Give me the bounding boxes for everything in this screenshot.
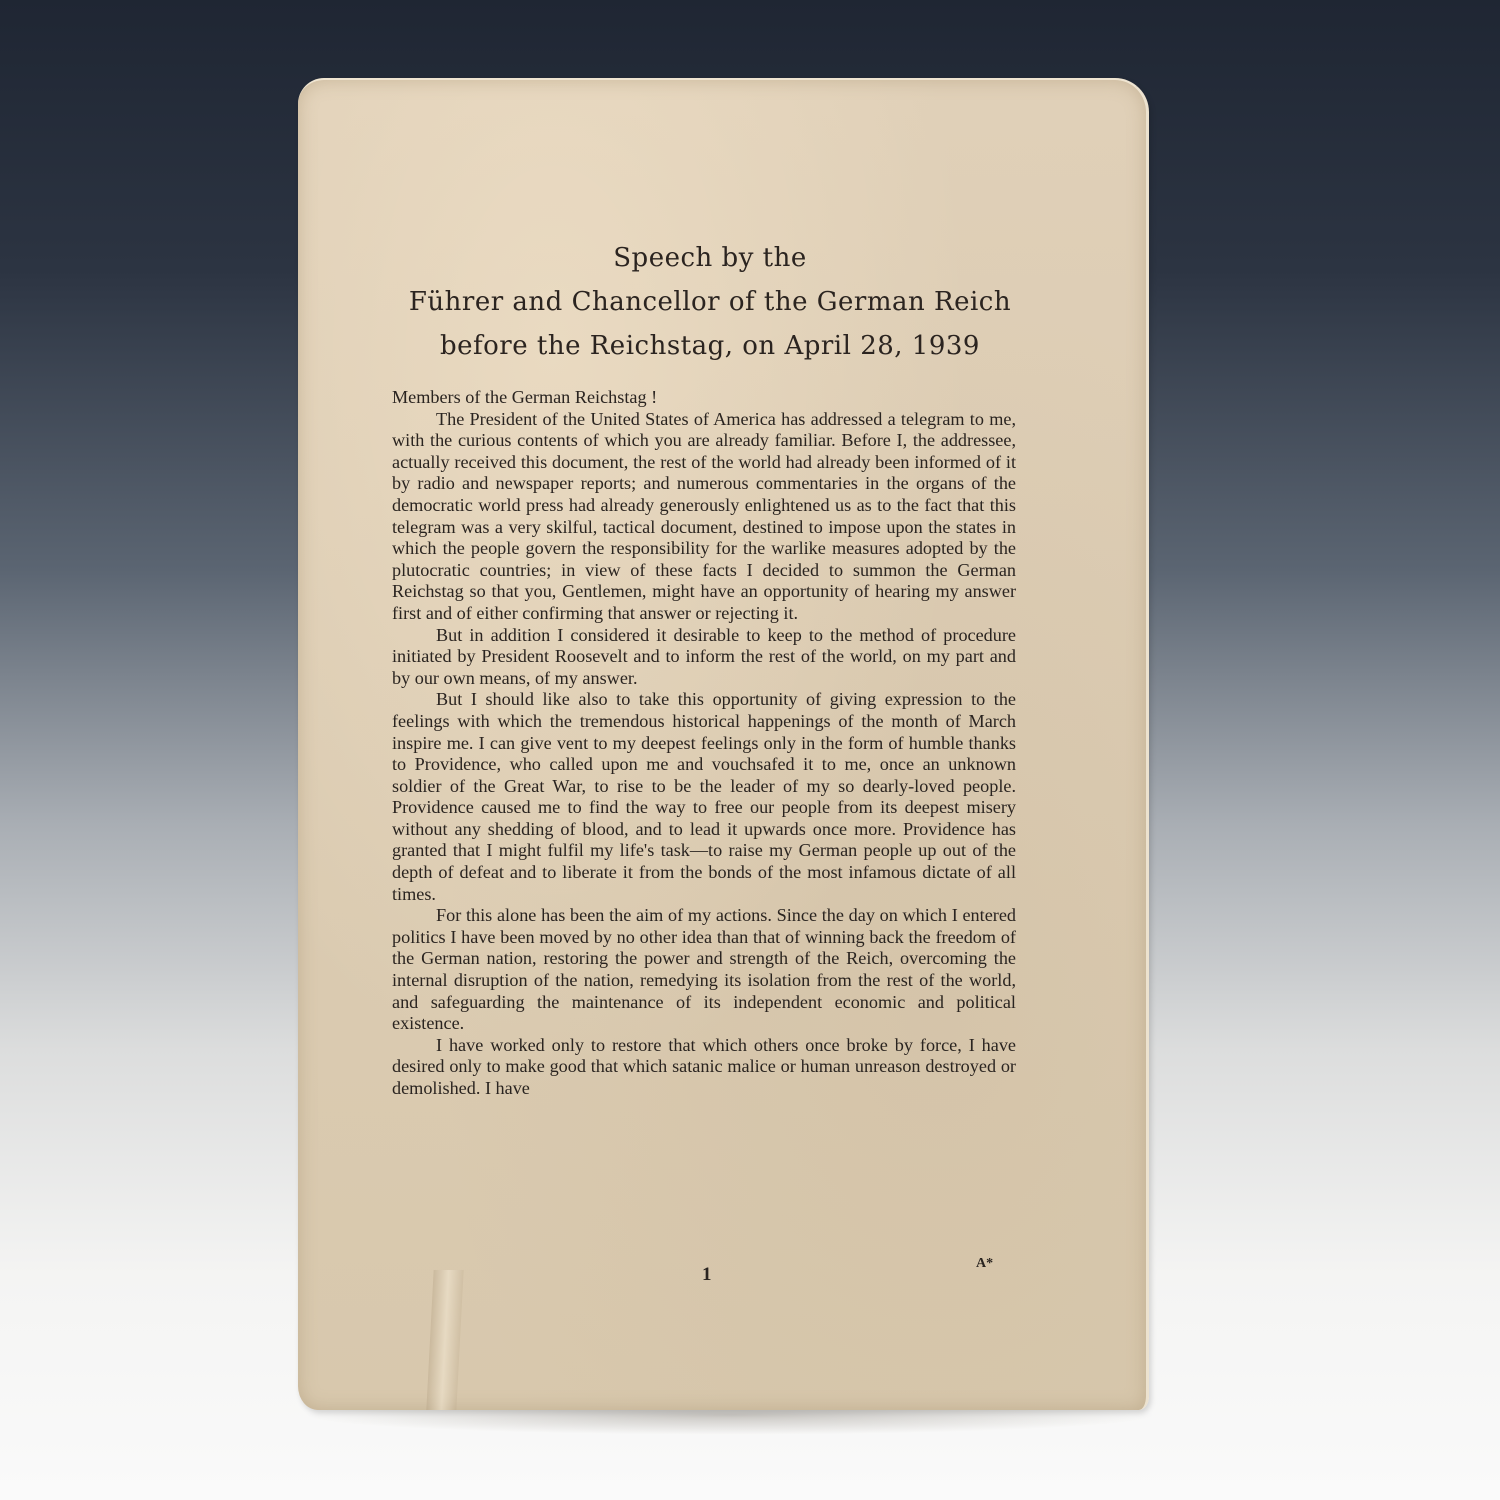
printer-signature-mark: A* xyxy=(976,1256,993,1272)
speech-body: Members of the German Reichstag ! The Pr… xyxy=(392,387,1016,1100)
paragraph-1: The President of the United States of Am… xyxy=(392,409,1016,625)
paragraph-5: I have worked only to restore that which… xyxy=(392,1035,1016,1100)
document-title: Speech by the Führer and Chancellor of t… xyxy=(380,236,1040,368)
salutation: Members of the German Reichstag ! xyxy=(392,387,1016,409)
paragraph-2: But in addition I considered it desirabl… xyxy=(392,625,1016,690)
title-line-3: before the Reichstag, on April 28, 1939 xyxy=(380,324,1040,368)
title-line-1: Speech by the xyxy=(380,236,1040,280)
paragraph-4: For this alone has been the aim of my ac… xyxy=(392,905,1016,1035)
page-number: 1 xyxy=(702,1264,712,1286)
paragraph-3: But I should like also to take this oppo… xyxy=(392,689,1016,905)
title-line-2: Führer and Chancellor of the German Reic… xyxy=(380,280,1040,324)
